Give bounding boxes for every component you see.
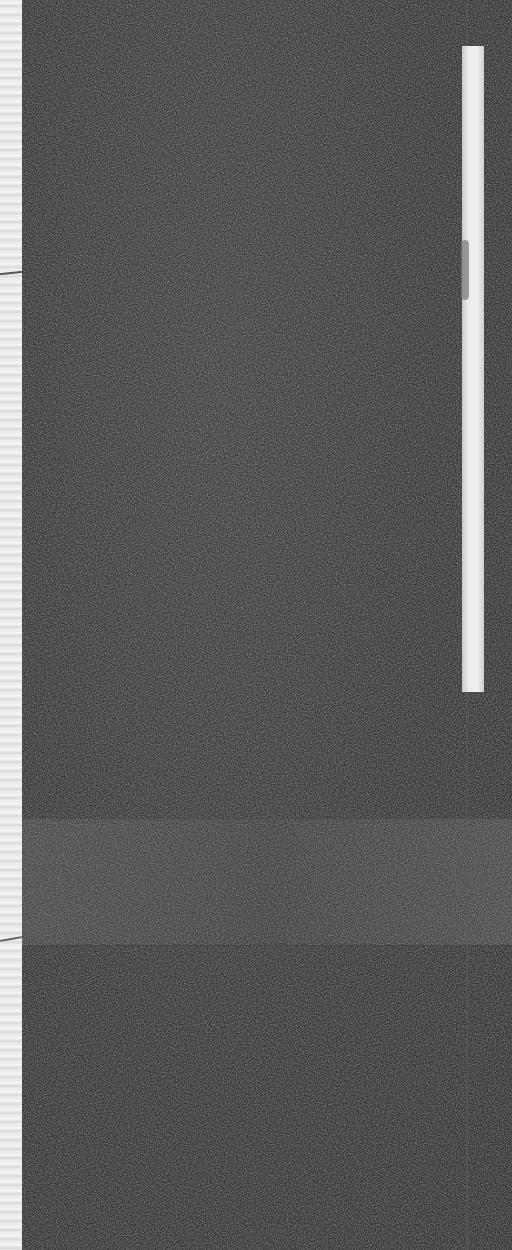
road-scene	[0, 0, 512, 1250]
lane-marking	[462, 46, 484, 692]
curb	[0, 0, 22, 1250]
asphalt-texture	[22, 0, 512, 1250]
patched-asphalt-band	[22, 818, 512, 946]
asphalt-surface	[22, 0, 512, 1250]
lane-marking-stain	[461, 240, 469, 300]
